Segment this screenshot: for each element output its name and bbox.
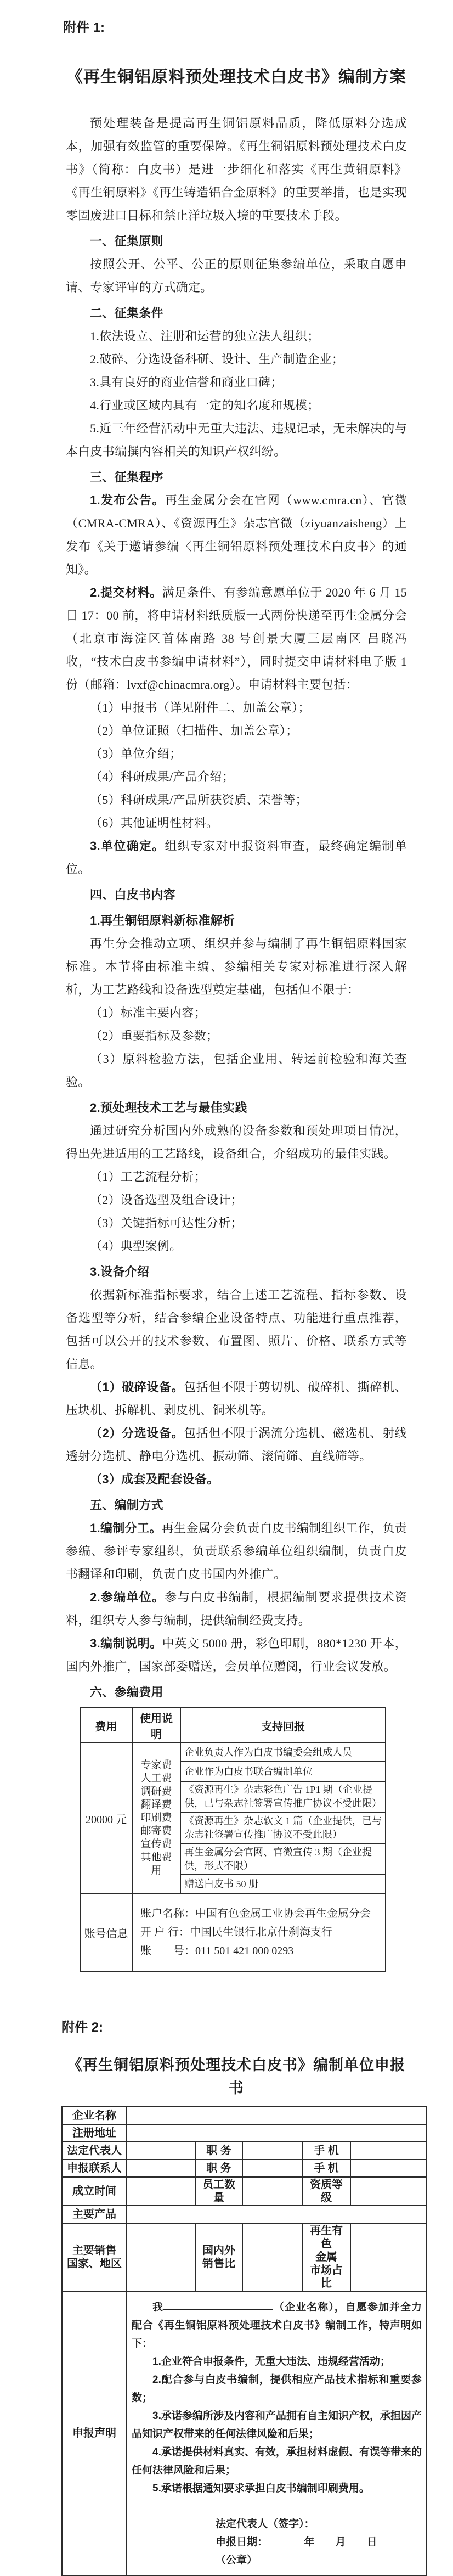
list-item: （1）标准主要内容；	[66, 1002, 407, 1025]
legal-representative-label: 法定代表人	[62, 2142, 127, 2159]
paragraph: 3.单位确定。组织专家对申报资料审查，最终确定编制单位。	[66, 835, 407, 881]
section-heading: 五、编制方式	[66, 1494, 407, 1517]
sub-heading: 1.再生铜铝原料新标准解析	[66, 909, 407, 932]
contact-person-label: 申报联系人	[62, 2159, 127, 2177]
declaration-item: 3.承诺参编所涉及内容和产品拥有自主知识产权，承担因产品知识产权带来的任何法律风…	[132, 2407, 422, 2443]
market-share-value-cell	[350, 2223, 427, 2291]
attachment1-title: 《再生铜铝原料预处理技术白皮书》编制方案	[66, 66, 407, 89]
list-item: 3.具有良好的商业信誉和商业口碑；	[66, 371, 407, 394]
qualification-value-cell	[350, 2177, 427, 2206]
list-item: （3）单位介绍；	[66, 743, 407, 766]
founded-time-value-cell	[127, 2177, 195, 2206]
table-row: 主要产品	[62, 2206, 427, 2223]
declaration-item: 4.承诺提供材料真实、有效，承担材料虚假、有误等带来的任何法律风险和后果；	[132, 2443, 422, 2479]
table-row: 企业名称	[62, 2107, 427, 2124]
declaration-intro: 我（企业名称），自愿参加并全力配合《再生铜铝原料预处理技术白皮书》编制工作，特声…	[132, 2298, 422, 2353]
declaration-item: 5.承诺根据通知要求承担白皮书编制印刷费用。	[132, 2479, 422, 2498]
declaration-row: 申报声明 我（企业名称），自愿参加并全力配合《再生铜铝原料预处理技术白皮书》编制…	[62, 2291, 427, 2575]
company-name-value-cell	[127, 2107, 427, 2124]
sales-regions-label: 主要销售 国家、地区	[62, 2223, 127, 2291]
qualification-label: 资质等级	[302, 2177, 350, 2206]
usage-description-cell: 专家费 人工费 调研费 翻译费 印刷费 邮寄费 宣传费 其他费用	[132, 1743, 180, 1893]
registered-address-label: 注册地址	[62, 2124, 127, 2142]
list-item: 5.近三年经营活动中无重大违法、违规记录，无未解决的与本白皮书编撰内容相关的知识…	[66, 417, 407, 463]
duty-label: 职 务	[195, 2142, 242, 2159]
account-name: 账户名称：中国有色金属工业协会再生金属分会	[140, 1904, 382, 1923]
contact-duty-value-cell	[242, 2159, 302, 2177]
paragraph: 按照公开、公平、公正的原则征集参编单位，采取自愿申请、专家评审的方式确定。	[66, 253, 407, 299]
sub-heading: 2.预处理技术工艺与最佳实践	[66, 1096, 407, 1120]
list-item: （3）原料检验方法，包括企业用、转运前检验和海关查验。	[66, 1048, 407, 1094]
table-row: 主要销售 国家、地区 国内外 销售比 再生有色 金属 市场占比	[62, 2223, 427, 2291]
list-item: （1）工艺流程分析；	[66, 1166, 407, 1189]
main-products-label: 主要产品	[62, 2206, 127, 2223]
list-item: （3）关键指标可达性分析；	[66, 1212, 407, 1235]
attachment1-label: 附件 1:	[63, 19, 453, 37]
registered-address-value-cell	[127, 2124, 427, 2142]
application-form-table: 企业名称 注册地址 法定代表人 职 务 手 机 申报联系人 职 务 手 机 成立…	[61, 2106, 427, 2576]
staff-count-label: 员工数量	[195, 2177, 242, 2206]
legal-duty-value-cell	[242, 2142, 302, 2159]
company-name-label: 企业名称	[62, 2107, 127, 2124]
section-heading: 二、征集条件	[66, 302, 407, 325]
attachment1-body: 预处理装备是提高再生铜铝原料品质，降低原料分选成本，加强有效监管的重要保障。《再…	[66, 112, 407, 1972]
table-row: 法定代表人 职 务 手 机	[62, 2142, 427, 2159]
section-heading: 一、征集原则	[66, 230, 407, 253]
founded-time-label: 成立时间	[62, 2177, 127, 2206]
list-item: 1.依法设立、注册和运营的独立法人组织；	[66, 325, 407, 348]
list-item: （2）单位证照（扫描件、加盖公章）；	[66, 719, 407, 743]
attachment2-title: 《再生铜铝原料预处理技术白皮书》编制单位申报书	[66, 2054, 407, 2100]
paragraph: 依据新标准指标要求，结合上述工艺流程、指标参数、设备选型等分析，结合参编企业设备…	[66, 1284, 407, 1376]
staff-count-value-cell	[242, 2177, 302, 2206]
paragraph: 再生分会推动立项、组织并参与编制了再生铜铝原料国家标准。本节将由标准主编、参编相…	[66, 932, 407, 1002]
declaration-content-cell: 我（企业名称），自愿参加并全力配合《再生铜铝原料预处理技术白皮书》编制工作，特声…	[127, 2291, 427, 2575]
list-item: （2）设备选型及组合设计；	[66, 1189, 407, 1212]
declaration-item: 1.企业符合申报条件，无重大违法、违规经营活动；	[132, 2353, 422, 2371]
list-item: （4）典型案例。	[66, 1235, 407, 1258]
paragraph: 2.提交材料。满足条件、有参编意愿单位于 2020 年 6 月 15 日 17：…	[66, 581, 407, 696]
fill-in-blank	[163, 2299, 273, 2310]
duty-label: 职 务	[195, 2159, 242, 2177]
paragraph: 1.编制分工。再生金属分会负责白皮书编制组织工作，负责参编、参评专家组织，负责联…	[66, 1517, 407, 1586]
market-share-label: 再生有色 金属 市场占比	[302, 2223, 350, 2291]
paragraph: 3.编制说明。中英文 5000 册，彩色印刷，880*1230 开本，国内外推广…	[66, 1632, 407, 1678]
return-cell: 《资源再生》杂志彩色广告 1P1 期（企业提供，已与杂志社签署宣传推广协议不受此…	[180, 1781, 386, 1812]
legal-representative-value-cell	[127, 2142, 195, 2159]
usage-column-header: 使用说明	[132, 1708, 180, 1743]
sub-heading: 3.设备介绍	[66, 1261, 407, 1284]
account-number: 账 号：011 501 421 000 0293	[140, 1942, 382, 1960]
sales-regions-value-cell	[127, 2223, 195, 2291]
return-column-header: 支持回报	[180, 1708, 386, 1743]
list-item: 4.行业或区域内具有一定的知名度和规模；	[66, 394, 407, 417]
table-row: 注册地址	[62, 2124, 427, 2142]
date-line: 申报日期： 年 月 日	[216, 2533, 422, 2551]
seal-line: （公章）	[216, 2551, 422, 2569]
list-item: 2.破碎、分选设备科研、设计、生产制造企业；	[66, 348, 407, 371]
attachment2-label: 附件 2:	[61, 2018, 453, 2037]
mobile-label: 手 机	[302, 2142, 350, 2159]
declaration-item: 2.配合参与白皮书编制，提供相应产品技术指标和重要参数；	[132, 2371, 422, 2407]
account-label-cell: 账号信息	[80, 1893, 132, 1971]
fee-column-header: 费用	[80, 1708, 132, 1743]
declaration-label: 申报声明	[62, 2291, 127, 2575]
account-bank: 开 户 行：中国民生银行北京什刹海支行	[140, 1923, 382, 1942]
list-item: （1）申报书（详见附件二、加盖公章）；	[66, 696, 407, 719]
fee-table-header-row: 费用 使用说明 支持回报	[80, 1708, 386, 1743]
document-page: 附件 1: 《再生铜铝原料预处理技术白皮书》编制方案 预处理装备是提高再生铜铝原…	[0, 0, 453, 2576]
domestic-foreign-ratio-label: 国内外 销售比	[195, 2223, 242, 2291]
domestic-foreign-ratio-value-cell	[242, 2223, 302, 2291]
paragraph: （1）破碎设备。包括但不限于剪切机、破碎机、撕碎机、压块机、拆解机、剥皮机、铜米…	[66, 1376, 407, 1422]
legal-mobile-value-cell	[350, 2142, 427, 2159]
list-item: （5）科研成果/产品所获资质、荣誉等；	[66, 789, 407, 812]
return-cell: 赠送白皮书 50 册	[180, 1875, 386, 1893]
paragraph: 2.参编单位。参与白皮书编制，根据编制要求提供技术资料，组织专人参与编制，提供编…	[66, 1586, 407, 1632]
return-cell: 企业作为白皮书联合编制单位	[180, 1762, 386, 1781]
account-row: 账号信息 账户名称：中国有色金属工业协会再生金属分会 开 户 行：中国民生银行北…	[80, 1893, 386, 1971]
section-heading: 三、征集程序	[66, 466, 407, 489]
paragraph: 预处理装备是提高再生铜铝原料品质，降低原料分选成本，加强有效监管的重要保障。《再…	[66, 112, 407, 227]
return-cell: 企业负责人作为白皮书编委会组成人员	[180, 1743, 386, 1762]
table-row: 成立时间 员工数量 资质等级	[62, 2177, 427, 2206]
contact-mobile-value-cell	[350, 2159, 427, 2177]
contact-person-value-cell	[127, 2159, 195, 2177]
table-row: 20000 元 专家费 人工费 调研费 翻译费 印刷费 邮寄费 宣传费 其他费用…	[80, 1743, 386, 1762]
mobile-label: 手 机	[302, 2159, 350, 2177]
paragraph: 1.发布公告。再生金属分会在官网（www.cmra.cn）、官微（CMRA-CM…	[66, 489, 407, 581]
paragraph: 通过研究分析国内外成熟的设备参数和预处理项目情况，得出先进适用的工艺路线，设备组…	[66, 1120, 407, 1166]
paragraph: （3）成套及配套设备。	[66, 1468, 407, 1491]
section-heading: 四、白皮书内容	[66, 884, 407, 907]
signature-line: 法定代表人（签字）：	[216, 2515, 422, 2533]
fee-table: 费用 使用说明 支持回报 20000 元 专家费 人工费 调研费 翻译费 印刷费…	[80, 1707, 386, 1972]
list-item: （6）其他证明性材料。	[66, 812, 407, 835]
signature-block: 法定代表人（签字）： 申报日期： 年 月 日 （公章）	[216, 2515, 422, 2569]
return-cell: 《资源再生》杂志软文 1 篇（企业提供，已与杂志社签署宣传推广协议不受此限）	[180, 1812, 386, 1844]
paragraph: （2）分选设备。包括但不限于涡流分选机、磁选机、射线透射分选机、静电分选机、振动…	[66, 1422, 407, 1468]
fee-amount-cell: 20000 元	[80, 1743, 132, 1893]
return-cell: 再生金属分会官网、官微宣传 3 期（企业提供，形式不限）	[180, 1844, 386, 1875]
table-row: 申报联系人 职 务 手 机	[62, 2159, 427, 2177]
list-item: （4）科研成果/产品介绍；	[66, 766, 407, 789]
main-products-value-cell	[127, 2206, 427, 2223]
account-info-cell: 账户名称：中国有色金属工业协会再生金属分会 开 户 行：中国民生银行北京什刹海支…	[132, 1893, 386, 1971]
list-item: （2）重要指标及参数；	[66, 1025, 407, 1048]
section-heading: 六、参编费用	[66, 1681, 407, 1704]
